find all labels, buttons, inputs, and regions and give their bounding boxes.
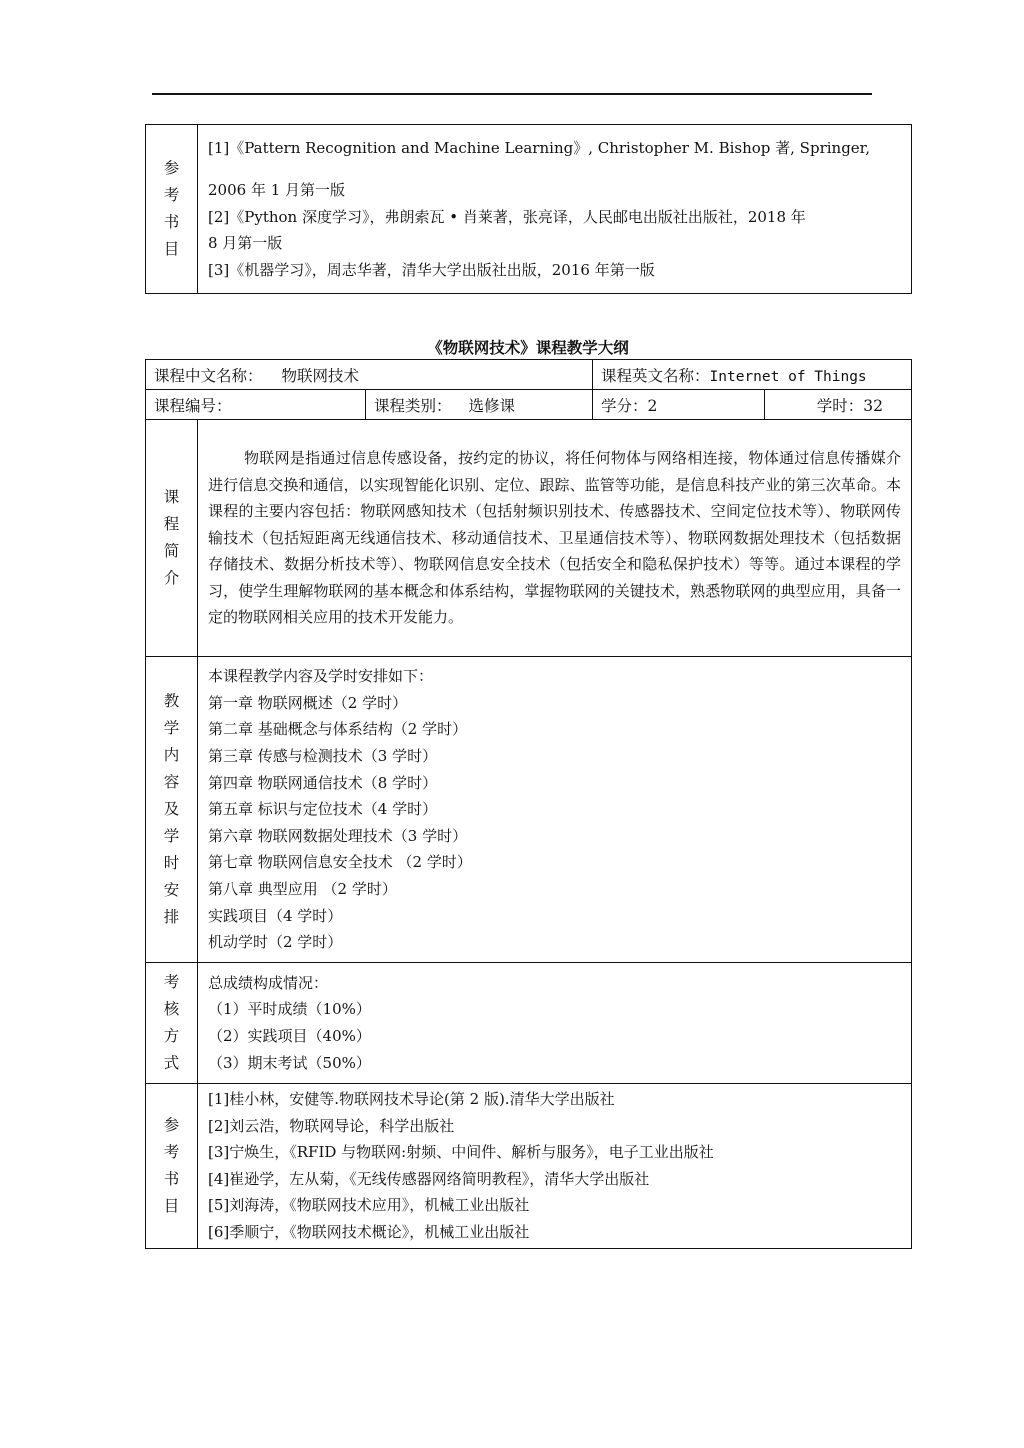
content-line: 第八章 典型应用 （2 学时） bbox=[208, 876, 903, 903]
reference-line: [2]刘云浩，物联网导论，科学出版社 bbox=[208, 1113, 903, 1140]
label-char: 程 bbox=[146, 511, 197, 538]
label-char: 考 bbox=[146, 969, 197, 996]
content-line: 第二章 基础概念与体系结构（2 学时） bbox=[208, 716, 903, 743]
label-char: 书 bbox=[146, 209, 197, 236]
code-label: 课程编号： bbox=[154, 397, 232, 415]
content-line: 第三章 传感与检测技术（3 学时） bbox=[208, 743, 903, 770]
syllabus-title: 《物联网技术》课程教学大纲 bbox=[145, 336, 911, 358]
content-line: 第四章 物联网通信技术（8 学时） bbox=[208, 770, 903, 797]
intro-label: 课 程 简 介 bbox=[146, 420, 198, 657]
references-body: [1]桂小林，安健等.物联网技术导论(第 2 版).清华大学出版社 [2]刘云浩… bbox=[198, 1084, 912, 1249]
label-char: 时 bbox=[146, 850, 197, 877]
label-char: 课 bbox=[146, 484, 197, 511]
content-line: 本课程教学内容及学时安排如下： bbox=[208, 663, 903, 690]
label-char: 书 bbox=[146, 1166, 197, 1193]
reference-line: [6]季顺宁，《物联网技术概论》，机械工业出版社 bbox=[208, 1219, 903, 1246]
label-char: 参 bbox=[146, 155, 197, 182]
category-label: 课程类别： bbox=[374, 397, 452, 415]
reference-line: [2]《Python 深度学习》，弗朗索瓦 • 肖莱著，张亮译，人民邮电出版社出… bbox=[208, 204, 903, 231]
label-char: 方 bbox=[146, 1023, 197, 1050]
syllabus-table: 课程中文名称： 物联网技术 课程英文名称：Internet of Things … bbox=[145, 359, 912, 1249]
intro-text: 物联网是指通过信息传感设备，按约定的协议，将任何物体与网络相连接，物体通过信息传… bbox=[208, 445, 901, 631]
assessment-line: （3）期末考试（50%） bbox=[208, 1050, 903, 1077]
label-char: 教 bbox=[146, 688, 197, 715]
course-en-name-cell: 课程英文名称：Internet of Things bbox=[593, 360, 912, 390]
assessment-line: （1）平时成绩（10%） bbox=[208, 996, 903, 1023]
label-char: 内 bbox=[146, 742, 197, 769]
label-char: 目 bbox=[146, 1193, 197, 1220]
assessment-label: 考 核 方 式 bbox=[146, 963, 198, 1084]
content-body: 本课程教学内容及学时安排如下： 第一章 物联网概述（2 学时） 第二章 基础概念… bbox=[198, 657, 912, 963]
reference-line: [1]桂小林，安健等.物联网技术导论(第 2 版).清华大学出版社 bbox=[208, 1086, 903, 1113]
label-char: 考 bbox=[146, 182, 197, 209]
references-label: 参 考 书 目 bbox=[146, 125, 198, 294]
label-char: 介 bbox=[146, 565, 197, 592]
hours-value: 学时：32 bbox=[817, 397, 883, 415]
course-cn-name-cell: 课程中文名称： 物联网技术 bbox=[146, 360, 593, 390]
assessment-body: 总成绩构成情况： （1）平时成绩（10%） （2）实践项目（40%） （3）期末… bbox=[198, 963, 912, 1084]
label-char: 及 bbox=[146, 796, 197, 823]
label-char: 参 bbox=[146, 1112, 197, 1139]
content-line: 第七章 物联网信息安全技术 （2 学时） bbox=[208, 849, 903, 876]
reference-line: [3]宁焕生，《RFID 与物联网:射频、中间件、解析与服务》，电子工业出版社 bbox=[208, 1139, 903, 1166]
content-line: 第六章 物联网数据处理技术（3 学时） bbox=[208, 823, 903, 850]
label-char: 排 bbox=[146, 904, 197, 931]
label-char: 简 bbox=[146, 538, 197, 565]
label-char: 容 bbox=[146, 769, 197, 796]
content-label: 教 学 内 容 及 学 时 安 排 bbox=[146, 657, 198, 963]
label-char: 目 bbox=[146, 236, 197, 263]
assessment-line: 总成绩构成情况： bbox=[208, 970, 903, 997]
references-body: [1]《Pattern Recognition and Machine Lear… bbox=[198, 125, 912, 294]
course-category-cell: 课程类别： 选修课 bbox=[366, 390, 593, 420]
reference-line: 2006 年 1 月第一版 bbox=[208, 177, 903, 204]
reference-line: [4]崔逊学，左从菊，《无线传感器网络简明教程》，清华大学出版社 bbox=[208, 1166, 903, 1193]
reference-line: [3]《机器学习》，周志华著，清华大学出版社出版，2016 年第一版 bbox=[208, 257, 903, 284]
content-line: 机动学时（2 学时） bbox=[208, 929, 903, 956]
label-char: 学 bbox=[146, 823, 197, 850]
content-line: 第一章 物联网概述（2 学时） bbox=[208, 690, 903, 717]
content-line: 第五章 标识与定位技术（4 学时） bbox=[208, 796, 903, 823]
content-line: 实践项目（4 学时） bbox=[208, 903, 903, 930]
reference-line: 8 月第一版 bbox=[208, 230, 903, 257]
assessment-line: （2）实践项目（40%） bbox=[208, 1023, 903, 1050]
cn-name-value: 物联网技术 bbox=[281, 367, 359, 385]
label-char: 式 bbox=[146, 1050, 197, 1077]
header-rule bbox=[152, 93, 872, 95]
en-name-value: Internet of Things bbox=[710, 369, 867, 385]
reference-line: [5]刘海涛，《物联网技术应用》，机械工业出版社 bbox=[208, 1192, 903, 1219]
prev-references-table: 参 考 书 目 [1]《Pattern Recognition and Mach… bbox=[145, 124, 912, 294]
label-char: 核 bbox=[146, 996, 197, 1023]
label-char: 安 bbox=[146, 877, 197, 904]
label-char: 考 bbox=[146, 1139, 197, 1166]
credits-value: 学分：2 bbox=[601, 397, 657, 415]
hours-cell: 学时：32 bbox=[765, 390, 912, 420]
category-value: 选修课 bbox=[468, 397, 515, 415]
references-label: 参 考 书 目 bbox=[146, 1084, 198, 1249]
course-code-cell: 课程编号： bbox=[146, 390, 366, 420]
credits-cell: 学分：2 bbox=[593, 390, 765, 420]
label-char: 学 bbox=[146, 715, 197, 742]
cn-name-label: 课程中文名称： bbox=[154, 367, 263, 385]
reference-line: [1]《Pattern Recognition and Machine Lear… bbox=[208, 135, 903, 162]
intro-body: 物联网是指通过信息传感设备，按约定的协议，将任何物体与网络相连接，物体通过信息传… bbox=[198, 420, 912, 657]
en-name-label: 课程英文名称： bbox=[601, 367, 710, 385]
